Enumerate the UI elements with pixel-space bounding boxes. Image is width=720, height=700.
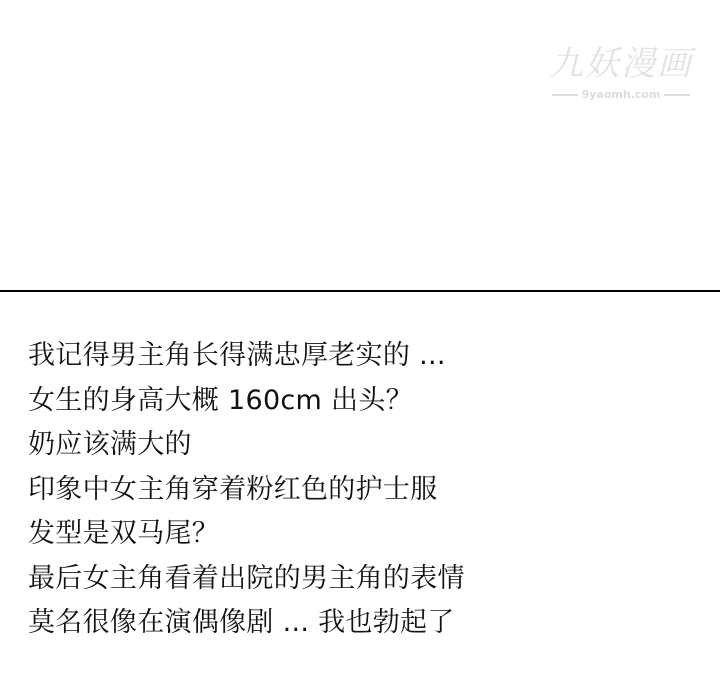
caption-line: 我记得男主角长得满忠厚老实的 ... xyxy=(28,334,708,379)
caption-line: 印象中女主角穿着粉红色的护士服 xyxy=(28,468,708,513)
watermark-title: 九妖漫画 xyxy=(536,44,706,84)
caption-line: 莫名很像在演偶像剧 ... 我也勃起了 xyxy=(28,601,708,646)
watermark-subtitle: 9yaomh.com xyxy=(582,88,661,101)
caption-line: 最后女主角看着出院的男主角的表情 xyxy=(28,557,708,602)
caption-text-block: 我记得男主角长得满忠厚老实的 ... 女生的身高大概 160cm 出头？ 奶应该… xyxy=(28,334,708,646)
watermark-subtitle-row: 9yaomh.com xyxy=(536,88,706,101)
watermark-rule-left xyxy=(552,94,578,96)
watermark-rule-right xyxy=(664,94,690,96)
caption-line: 奶应该满大的 xyxy=(28,423,708,468)
panel-divider xyxy=(0,290,720,292)
watermark: 九妖漫画 9yaomh.com xyxy=(536,44,706,101)
caption-line: 女生的身高大概 160cm 出头？ xyxy=(28,379,708,424)
blank-comic-panel: 九妖漫画 9yaomh.com xyxy=(0,0,720,290)
caption-line: 发型是双马尾？ xyxy=(28,512,708,557)
